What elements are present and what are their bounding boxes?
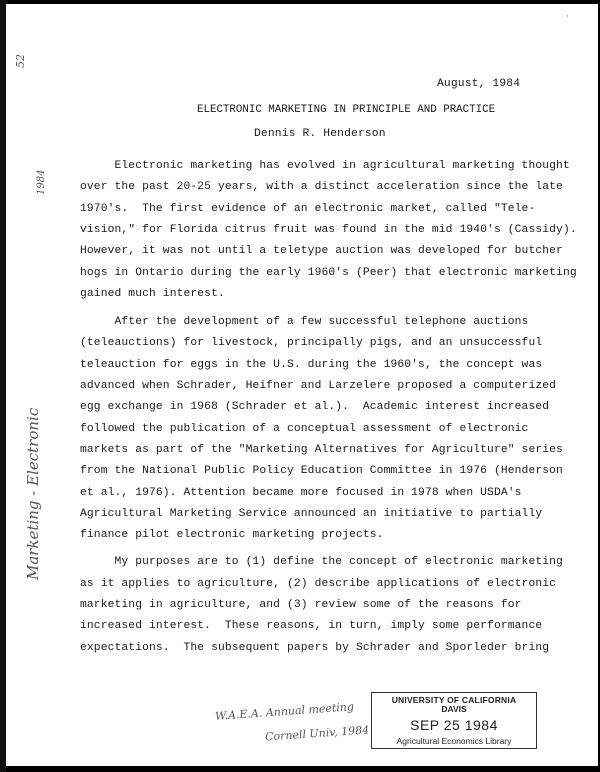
body-line: teleauction for eggs in the U.S. during …: [80, 359, 542, 371]
body-line: as it applies to agriculture, (2) descri…: [80, 578, 556, 590]
handwritten-margin-note: Marketing - Electronic: [24, 408, 42, 580]
body-line: egg exchange in 1968 (Schrader et al.). …: [80, 401, 549, 413]
handwritten-margin-year: 1984: [36, 170, 47, 195]
body-line: marketing in agriculture, and (3) review…: [80, 599, 522, 611]
stamp-date: SEP 25 1984: [372, 717, 536, 733]
body-line: et al., 1976). Attention became more foc…: [80, 487, 522, 499]
stamp-campus: DAVIS: [372, 704, 536, 714]
body-line: Agricultural Marketing Service announced…: [80, 508, 542, 520]
body-line: over the past 20-25 years, with a distin…: [80, 181, 563, 193]
document-title: ELECTRONIC MARKETING IN PRINCIPLE AND PR…: [197, 104, 495, 116]
body-line: gained much interest.: [80, 288, 225, 300]
stamp-library: Agricultural Economics Library: [372, 736, 536, 746]
body-line: My purposes are to (1) define the concep…: [80, 556, 563, 568]
document-author: Dennis R. Henderson: [254, 128, 386, 140]
body-line: finance pilot electronic marketing proje…: [80, 529, 384, 541]
body-line: increased interest. These reasons, in tu…: [80, 620, 542, 632]
body-line: expectations. The subsequent papers by S…: [80, 642, 549, 654]
document-date: August, 1984: [437, 78, 520, 90]
scan-artifact-mark: ·: [566, 12, 569, 22]
body-line: (teleauctions) for livestock, principall…: [80, 337, 542, 349]
body-line: After the development of a few successfu…: [80, 316, 528, 328]
body-line: However, it was not until a teletype auc…: [80, 245, 563, 257]
body-line: followed the publication of a conceptual…: [80, 423, 528, 435]
body-line: from the National Public Policy Educatio…: [80, 465, 563, 477]
body-line: markets as part of the "Marketing Altern…: [80, 444, 563, 456]
body-line: vision," for Florida citrus fruit was fo…: [80, 224, 577, 236]
body-line: 1970's. The first evidence of an electro…: [80, 203, 535, 215]
body-line: advanced when Schrader, Heifner and Larz…: [80, 380, 556, 392]
body-line: Electronic marketing has evolved in agri…: [80, 160, 570, 172]
handwritten-page-number: 52: [14, 54, 27, 68]
library-stamp: UNIVERSITY OF CALIFORNIA DAVIS SEP 25 19…: [371, 692, 537, 749]
body-line: hogs in Ontario during the early 1960's …: [80, 267, 577, 279]
